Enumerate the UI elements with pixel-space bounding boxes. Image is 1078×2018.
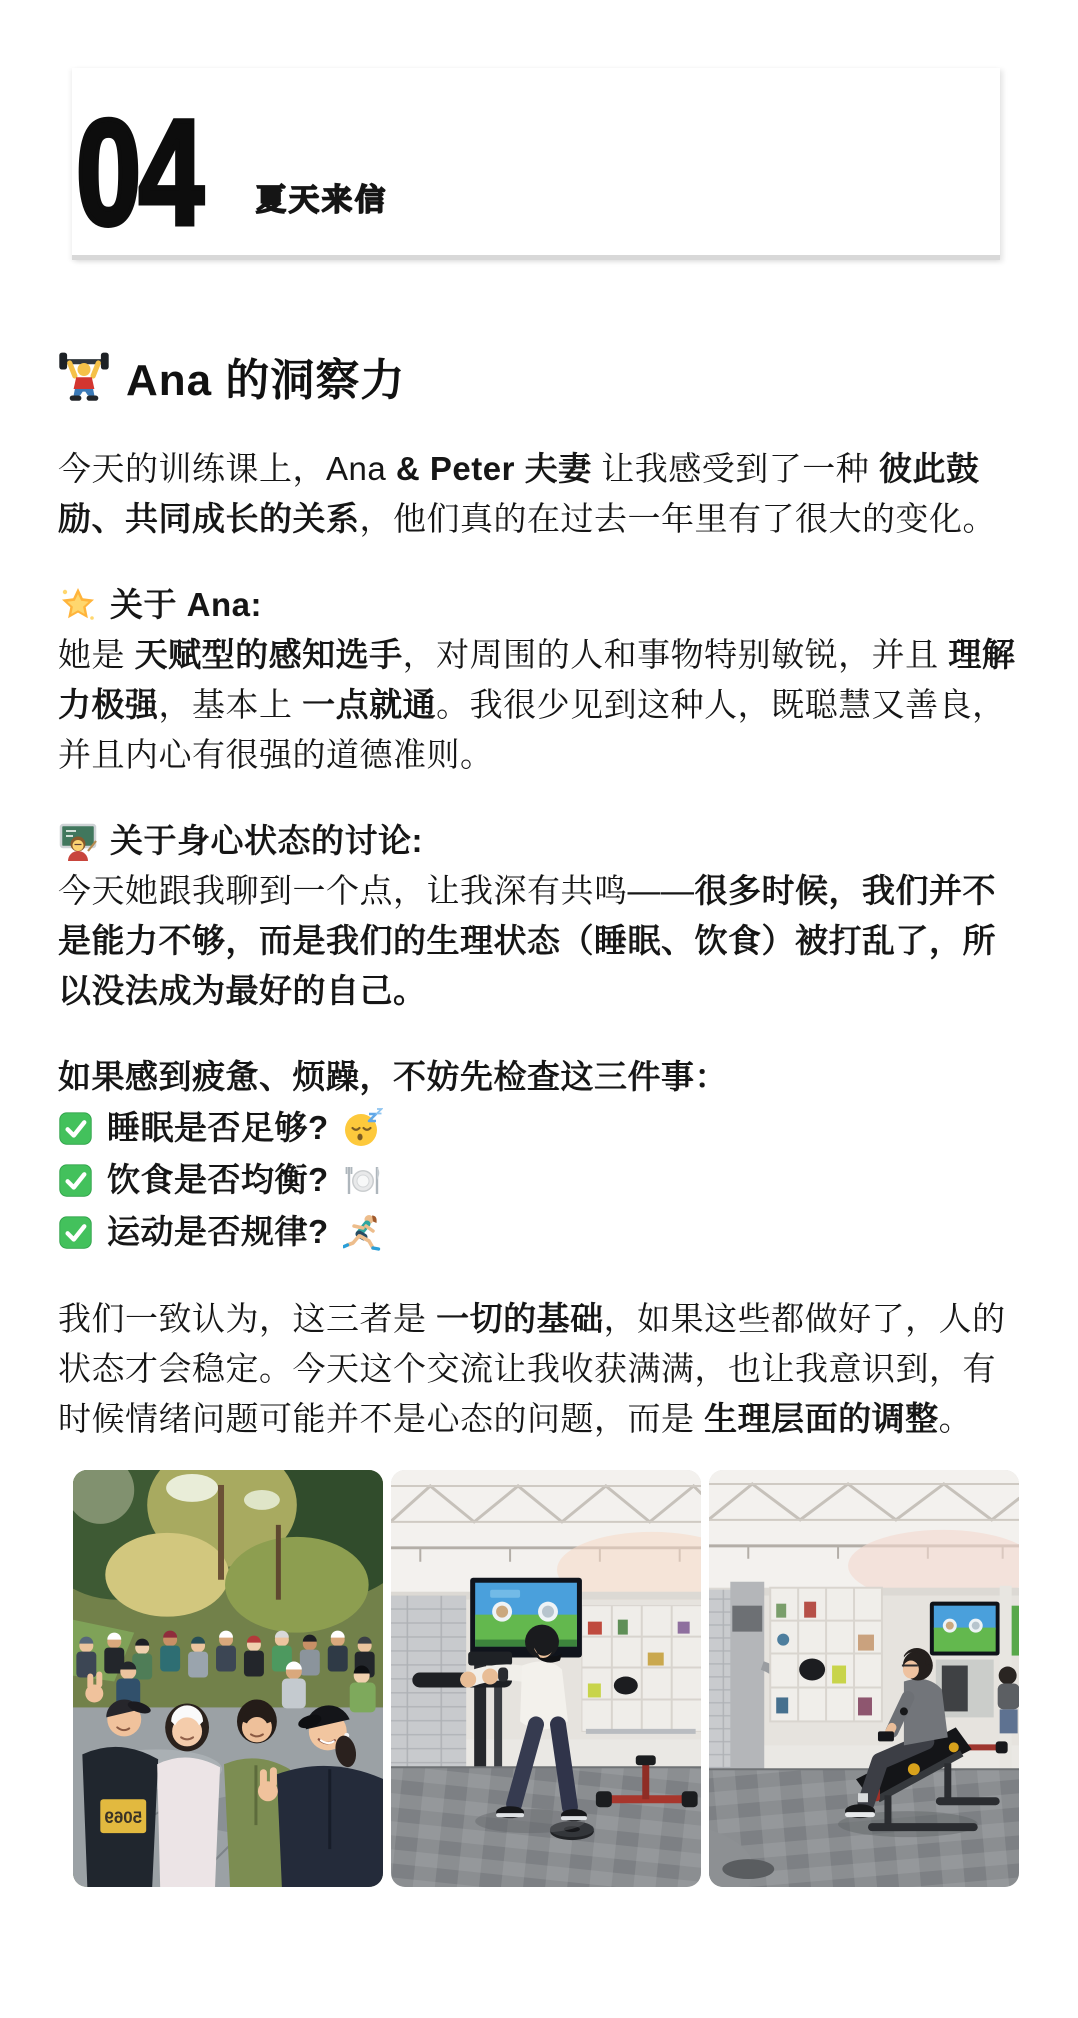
section-title-text: Ana 的洞察力	[126, 344, 405, 408]
about-ana-body: 她是 天赋型的感知选手，对周围的人和事物特别敏锐，并且 理解力极强，基本上 一点…	[58, 630, 1020, 780]
article-content: Ana 的洞察力 今天的训练课上，Ana & Peter 夫妻 让我感受到了一种…	[0, 344, 1078, 1887]
sleeping-face-emoji-icon	[329, 1108, 383, 1148]
checklist-label: 饮食是否均衡?	[107, 1155, 329, 1205]
section-title: Ana 的洞察力	[58, 344, 1020, 408]
chapter-header-card: 04 夏天来信	[72, 68, 1000, 260]
article-page: 04 夏天来信 Ana 的洞察力 今天的训练课上，A	[0, 68, 1078, 1887]
checklist-label: 运动是否规律?	[107, 1207, 329, 1257]
checklist-label: 睡眠是否足够?	[107, 1103, 329, 1153]
about-ana-heading: 关于 Ana:	[58, 580, 1020, 630]
checklist-block: 如果感到疲惫、烦躁，不妨先检查这三件事： 睡眠是否足够?	[58, 1052, 1020, 1258]
checklist-item-sleep: 睡眠是否足够?	[58, 1102, 1020, 1154]
photo-gym-training[interactable]	[391, 1470, 701, 1887]
photo-gallery: 5069	[73, 1470, 1020, 1887]
body-mind-heading: 关于身心状态的讨论:	[58, 816, 1020, 866]
woman-running-emoji-icon	[329, 1212, 383, 1252]
paragraph-body-mind: 关于身心状态的讨论: 今天她跟我聊到一个点，让我深有共鸣——很多时候，我们并不是…	[58, 816, 1020, 1016]
check-mark-icon	[58, 1163, 107, 1198]
check-mark-icon	[58, 1215, 107, 1250]
chapter-number: 04	[76, 119, 201, 225]
checklist-heading: 如果感到疲惫、烦躁，不妨先检查这三件事：	[58, 1052, 1020, 1102]
chapter-subtitle: 夏天来信	[256, 175, 388, 219]
body-mind-heading-text: 关于身心状态的讨论:	[110, 816, 423, 866]
woman-teacher-emoji-icon	[58, 821, 98, 861]
body-mind-body: 今天她跟我聊到一个点，让我深有共鸣——很多时候，我们并不是能力不够，而是我们的生…	[58, 866, 1020, 1016]
weightlifter-emoji-icon	[58, 350, 110, 402]
mirror-reflection-person	[998, 1667, 1019, 1734]
checklist-item-exercise: 运动是否规律?	[58, 1206, 1020, 1258]
photo-group-run-selfie[interactable]: 5069	[73, 1470, 383, 1887]
about-ana-heading-text: 关于 Ana:	[110, 580, 262, 630]
photo-gym-bench[interactable]	[709, 1470, 1019, 1887]
paragraph-about-ana: 关于 Ana: 她是 天赋型的感知选手，对周围的人和事物特别敏锐，并且 理解力极…	[58, 580, 1020, 780]
race-bib-number: 5069	[104, 1808, 142, 1827]
fork-knife-plate-emoji-icon	[329, 1160, 383, 1200]
glowing-star-emoji-icon	[58, 585, 98, 625]
checklist-item-diet: 饮食是否均衡?	[58, 1154, 1020, 1206]
paragraph-intro: 今天的训练课上，Ana & Peter 夫妻 让我感受到了一种 彼此鼓励、共同成…	[58, 444, 1020, 544]
check-mark-icon	[58, 1111, 107, 1146]
paragraph-conclusion: 我们一致认为，这三者是 一切的基础，如果这些都做好了，人的状态才会稳定。今天这个…	[58, 1294, 1020, 1444]
